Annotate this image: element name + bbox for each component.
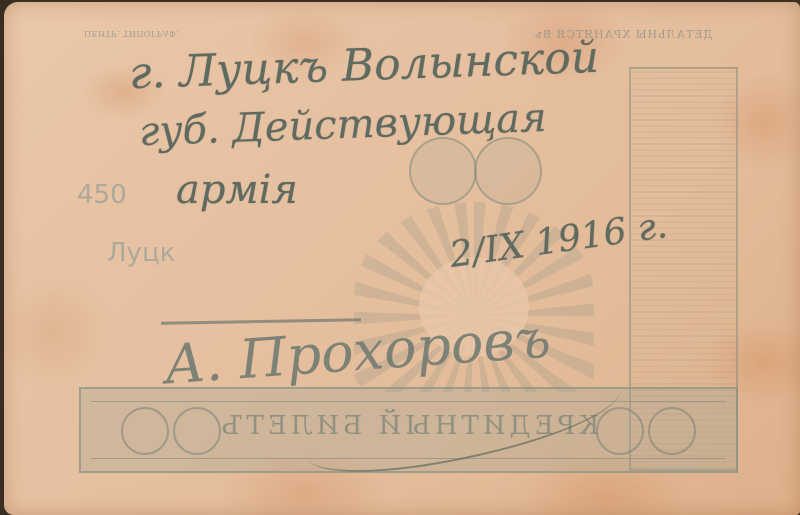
pencil-number: 450 [77, 180, 127, 210]
printed-header-left: ЦЕНТР. ТИПОГРАФ. [84, 29, 179, 38]
handwritten-line-1: г. Луцкъ Волынской [128, 32, 600, 99]
banknote-medallion-right [474, 137, 542, 205]
postcard-back: ЦЕНТР. ТИПОГРАФ. ДЕТАЛЬНЫ ХРАНЯТСЯ Въ КР… [4, 2, 800, 515]
pencil-place: Луцк [107, 238, 175, 268]
handwritten-line-3: армiя [176, 167, 298, 213]
banknote-medallion-left [409, 137, 477, 205]
